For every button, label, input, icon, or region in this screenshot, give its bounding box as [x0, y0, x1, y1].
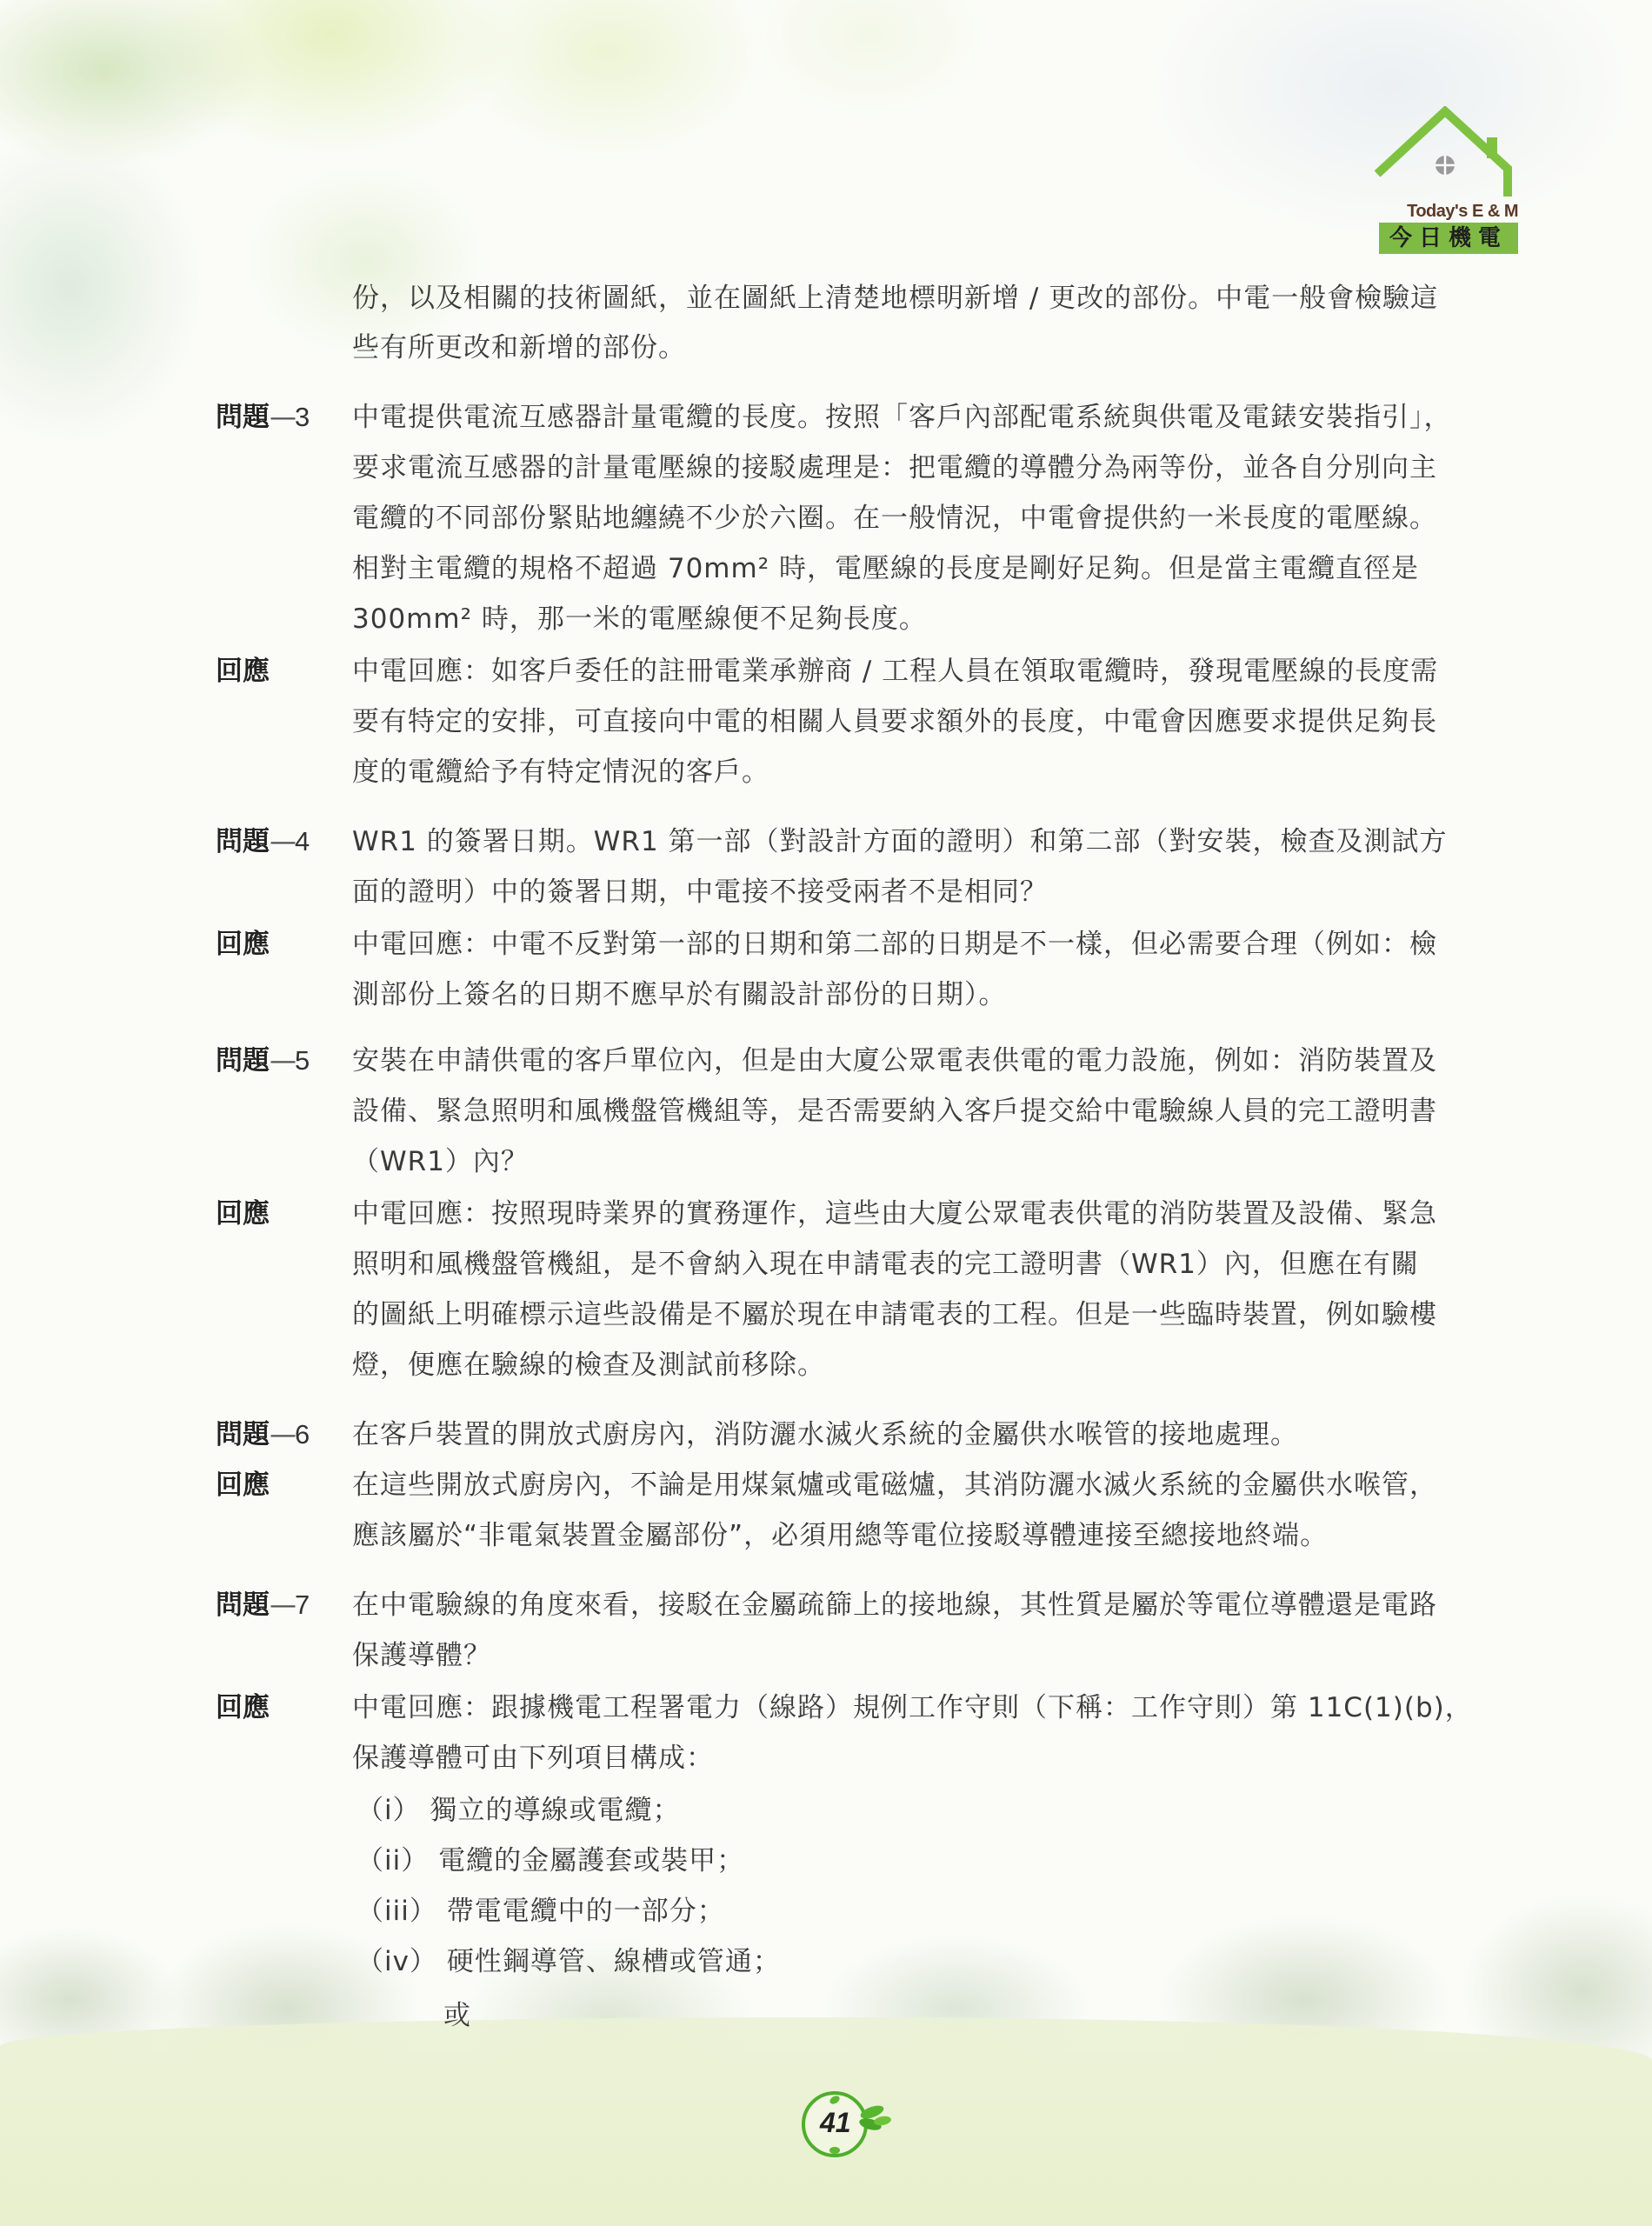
answer-text: 照明和風機盤管機組，是不會納入現在申請電表的完工證明書（WR1）內，但應在有關	[352, 1247, 1419, 1282]
question-text: （WR1）內？	[352, 1144, 529, 1179]
question-text: WR1 的簽署日期。WR1 第一部（對設計方面的證明）和第二部（對安裝，檢查及測…	[352, 824, 1448, 859]
answer-text: 在這些開放式廚房內，不論是用煤氣爐或電磁爐，其消防灑水滅火系統的金屬供水喉管，	[352, 1468, 1437, 1503]
paragraph-line: 些有所更改和新增的部份。	[352, 330, 686, 365]
answer-text: 燈，便應在驗線的檢查及測試前移除。	[352, 1348, 825, 1383]
answer-text: 要有特定的安排，可直接向中電的相關人員要求額外的長度，中電會因應要求提供足夠長	[352, 704, 1437, 739]
answer-text: 中電回應：跟據機電工程署電力（線路）規例工作守則（下稱：工作守則）第 11C(1…	[352, 1690, 1473, 1725]
answer-text: 的圖紙上明確標示這些設備是不屬於現在申請電表的工程。但是一些臨時裝置，例如驗樓	[352, 1297, 1437, 1332]
page-number-badge: 41	[796, 2083, 900, 2169]
question-text: 300mm² 時，那一米的電壓線便不足夠長度。	[352, 602, 927, 636]
answer-text: 測部份上簽名的日期不應早於有關設計部份的日期）。	[352, 977, 1007, 1012]
answer-text: 中電回應：如客戶委任的註冊電業承辦商 / 工程人員在領取電纜時，發現電壓線的長度…	[352, 654, 1438, 689]
answer-text: 保護導體可由下列項目構成：	[352, 1741, 714, 1776]
page-number: 41	[820, 2107, 851, 2139]
question-text: 保護導體？	[352, 1638, 491, 1673]
list-item: （ii） 電纜的金屬護套或裝甲；	[356, 1843, 744, 1878]
question-text: 安裝在申請供電的客戶單位內，但是由大廈公眾電表供電的電力設施，例如：消防裝置及	[352, 1043, 1437, 1078]
list-item: （i） 獨立的導線或電纜；	[356, 1793, 680, 1828]
question-text: 在客戶裝置的開放式廚房內，消防灑水滅火系統的金屬供水喉管的接地處理。	[352, 1417, 1298, 1452]
window-icon	[1436, 156, 1455, 175]
answer-label: 回應	[216, 1196, 270, 1231]
answer-text: 度的電纜給予有特定情況的客戶。	[352, 755, 769, 790]
question-text: 設備、緊急照明和風機盤管機組等，是否需要納入客戶提交給中電驗線人員的完工證明書	[352, 1094, 1437, 1129]
question-text: 面的證明）中的簽署日期，中電接不接受兩者不是相同？	[352, 875, 1048, 910]
logo-chinese-name: 今日機電	[1379, 223, 1518, 254]
house-roof-icon	[1372, 106, 1520, 206]
answer-label: 回應	[216, 654, 270, 689]
question-text: 要求電流互感器的計量電壓線的接駁處理是：把電纜的導體分為兩等份，並各自分別向主	[352, 450, 1437, 485]
answer-text: 中電回應：中電不反對第一部的日期和第二部的日期是不一樣，但必需要合理（例如：檢	[352, 927, 1437, 962]
question-label: 問題—7	[216, 1588, 310, 1623]
question-text: 電纜的不同部份緊貼地纏繞不少於六圈。在一般情況，中電會提供約一米長度的電壓線。	[352, 501, 1437, 536]
list-trailing-text: 或	[443, 1998, 471, 2033]
answer-text: 中電回應：按照現時業界的實務運作，這些由大廈公眾電表供電的消防裝置及設備、緊急	[352, 1196, 1437, 1231]
question-label: 問題—6	[216, 1417, 310, 1452]
question-text: 在中電驗線的角度來看，接駁在金屬疏篩上的接地線，其性質是屬於等電位導體還是電路	[352, 1588, 1437, 1623]
magazine-logo: Today's E & M 今日機電	[1372, 106, 1520, 254]
answer-label: 回應	[216, 1690, 270, 1725]
answer-label: 回應	[216, 1468, 270, 1503]
logo-english-name: Today's E & M	[1379, 202, 1518, 222]
list-item: （iv） 硬性鋼導管、線槽或管通；	[356, 1944, 781, 1979]
question-text: 中電提供電流互感器計量電纜的長度。按照「客戶內部配電系統與供電及電錶安裝指引」，	[352, 400, 1452, 435]
question-text: 相對主電纜的規格不超過 70mm² 時，電壓線的長度是剛好足夠。但是當主電纜直徑…	[352, 551, 1419, 586]
paragraph-line: 份，以及相關的技術圖紙，並在圖紙上清楚地標明新增 / 更改的部份。中電一般會檢驗…	[352, 281, 1438, 316]
question-label: 問題—5	[216, 1043, 310, 1078]
question-label: 問題—4	[216, 824, 310, 859]
question-label: 問題—3	[216, 400, 310, 435]
answer-text: 應該屬於“非電氣裝置金屬部份”，必須用總等電位接駁導體連接至總接地終端。	[352, 1518, 1328, 1553]
answer-label: 回應	[216, 927, 270, 962]
list-item: （iii） 帶電電纜中的一部分；	[356, 1894, 725, 1929]
